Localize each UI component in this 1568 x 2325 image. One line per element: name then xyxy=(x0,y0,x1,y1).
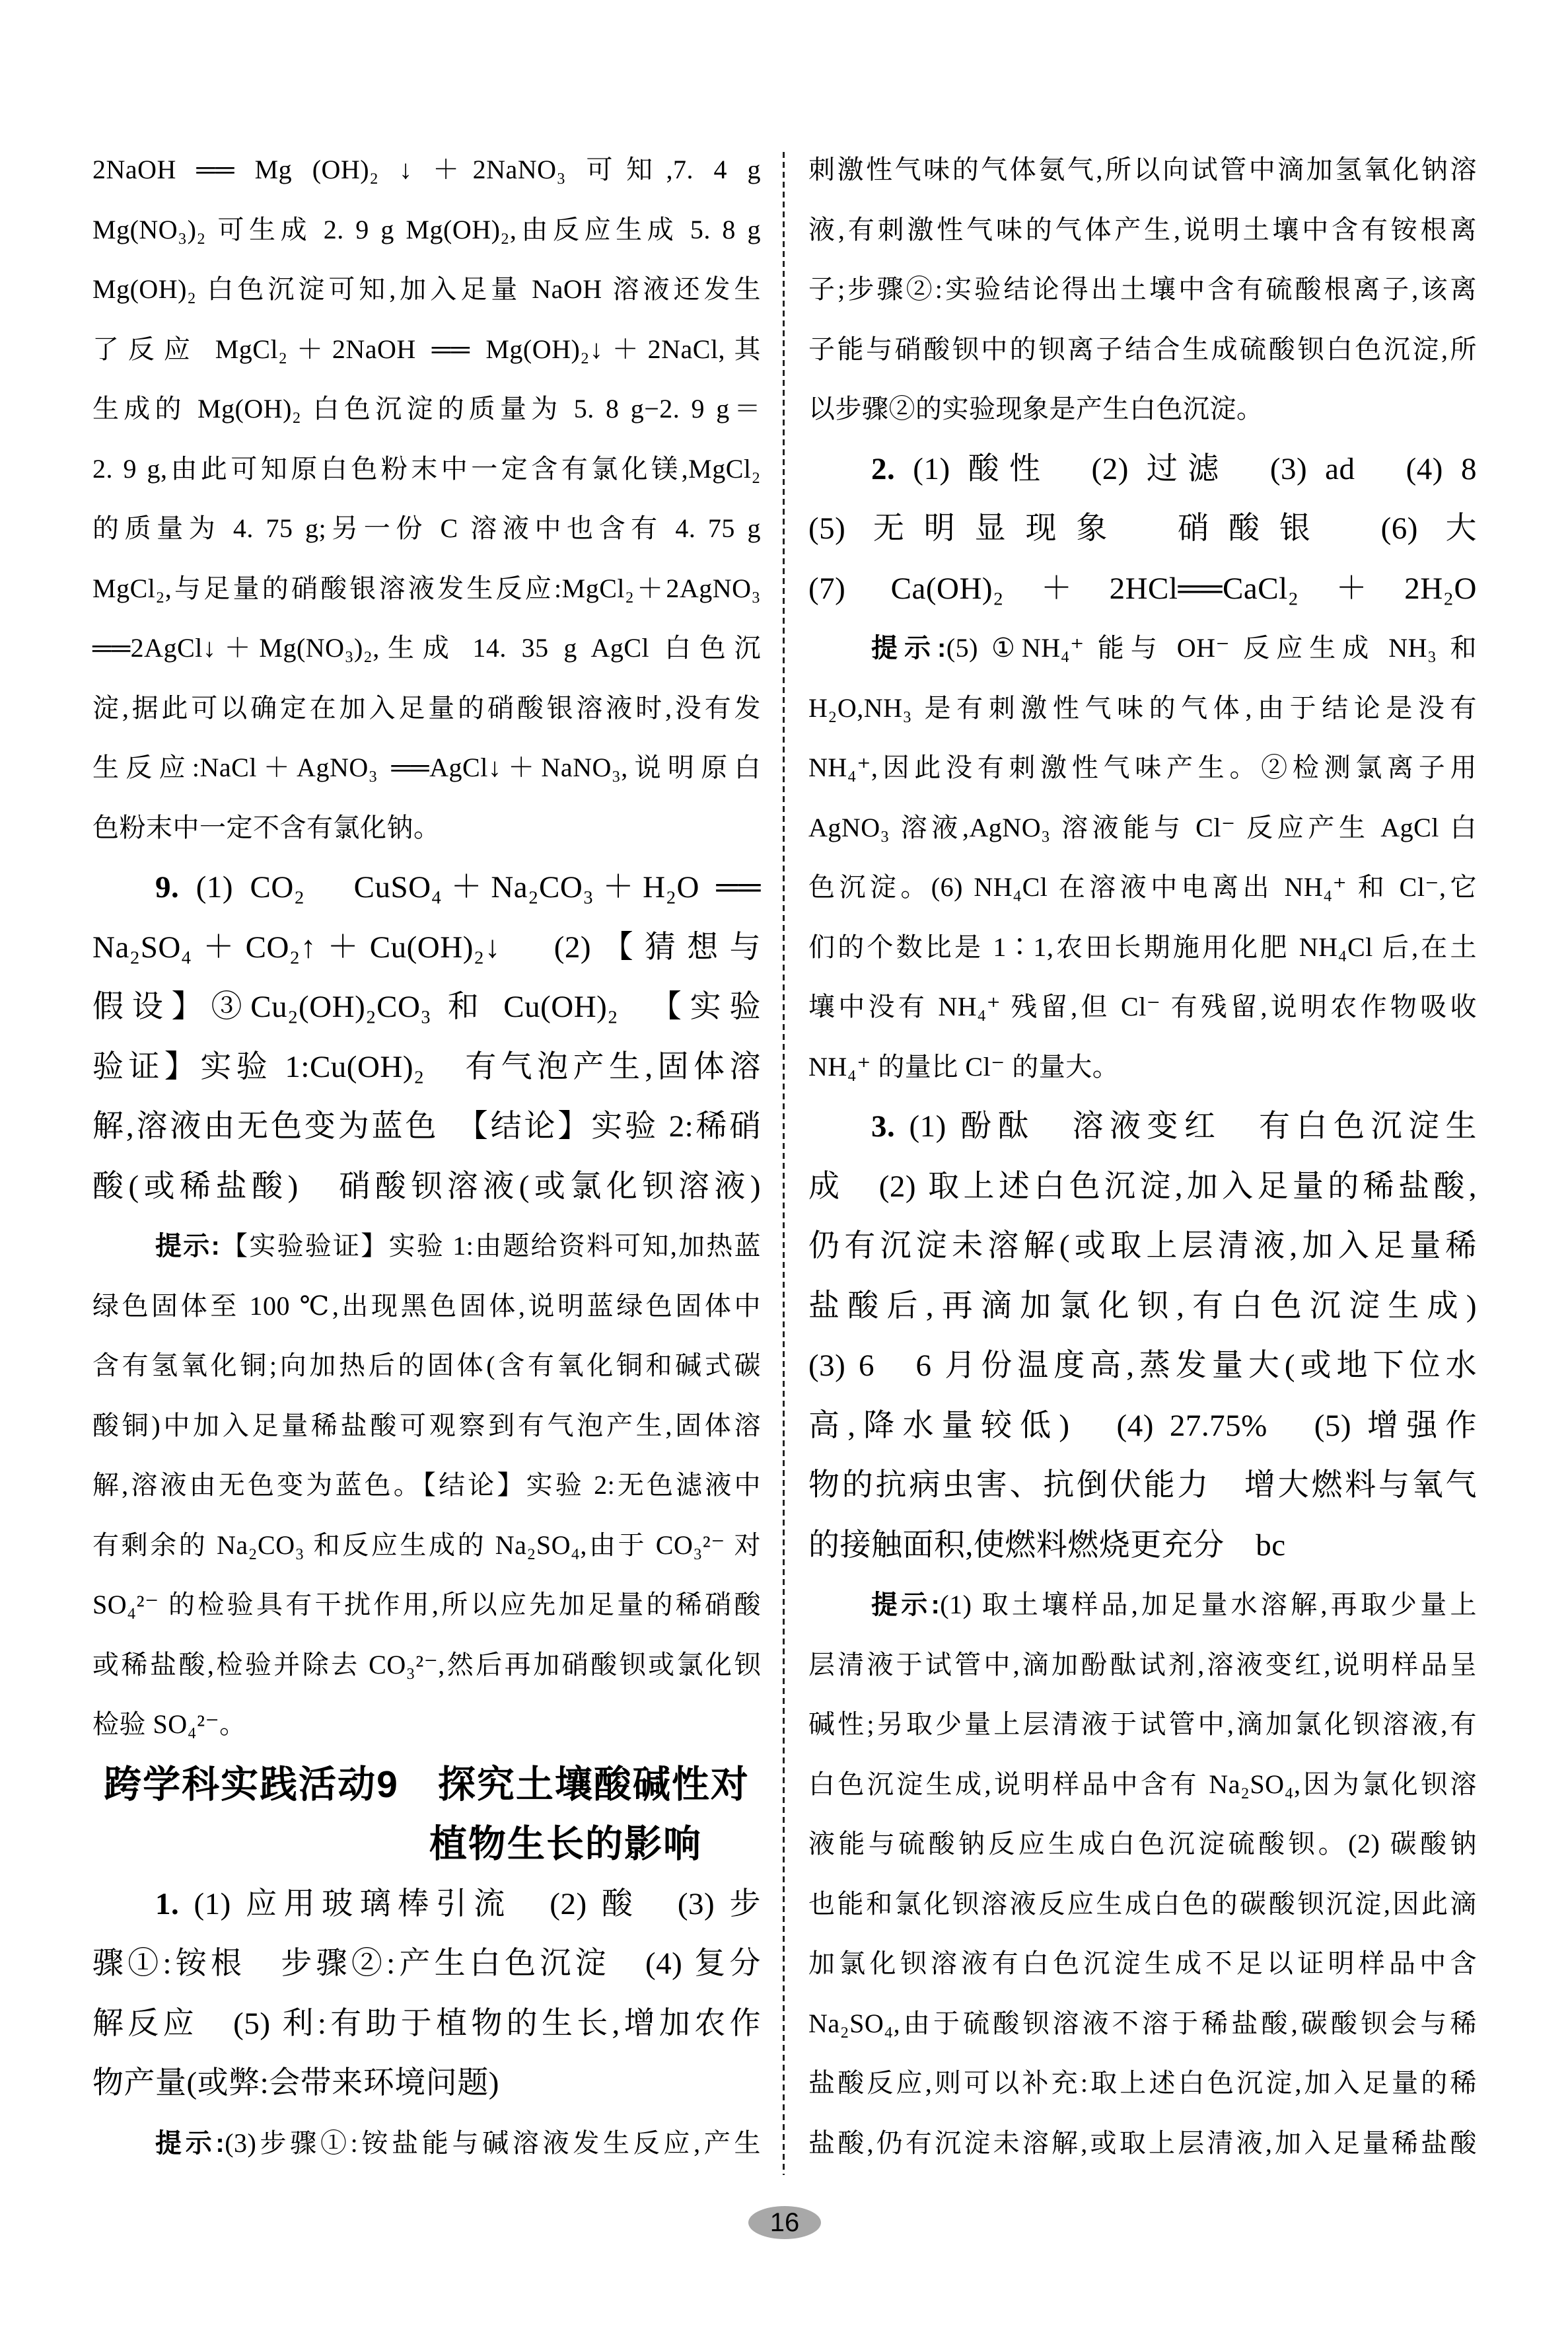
text-line: 的接触面积,使燃料燃烧更充分 bc xyxy=(808,1516,1477,1576)
text-line: 高,降水量较低) (4) 27.75% (5) 增强作 xyxy=(808,1396,1477,1456)
line-lead-label: 1. xyxy=(155,1887,179,1921)
section-heading-line-2: 植物生长的影响 xyxy=(92,1814,761,1874)
text-line: 成 (2) 取上述白色沉淀,加入足量的稀盐酸, xyxy=(808,1157,1477,1217)
text-line: 酸(或稀盐酸) 硝酸钡溶液(或氯化钡溶液) xyxy=(92,1157,761,1217)
text-line: NH₄⁺ 的量比 Cl⁻ 的量大。 xyxy=(808,1037,1477,1097)
text-line: 检验 SO₄²⁻。 xyxy=(92,1695,761,1755)
text-line: 了反应 MgCl₂＋2NaOH ══ Mg(OH)₂↓＋2NaCl,其 xyxy=(92,320,761,380)
text-line: 或稀盐酸,检验并除去 CO₃²⁻,然后再加硝酸钡或氯化钡 xyxy=(92,1635,761,1695)
text-line: 也能和氯化钡溶液反应生成白色的碳酸钡沉淀,因此滴 xyxy=(808,1874,1477,1935)
text-line: 子;步骤②:实验结论得出土壤中含有硫酸根离子,该离 xyxy=(808,260,1477,320)
text-line: (3) 6 6 月份温度高,蒸发量大(或地下位水 xyxy=(808,1336,1477,1396)
text-line: 液能与硫酸钠反应生成白色沉淀硫酸钡。(2) 碳酸钠 xyxy=(808,1814,1477,1874)
text-line: 2NaOH ══ Mg (OH)₂ ↓ ＋2NaNO₃ 可知,7. 4 g xyxy=(92,140,761,200)
text-line: 淀,据此可以确定在加入足量的硝酸银溶液时,没有发 xyxy=(92,679,761,739)
text-line: 1. (1) 应用玻璃棒引流 (2) 酸 (3) 步 xyxy=(92,1874,761,1935)
text-line: 物的抗病虫害、抗倒伏能力 增大燃料与氧气 xyxy=(808,1456,1477,1516)
text-line: 白色沉淀生成,说明样品中含有 Na₂SO₄,因为氯化钡溶 xyxy=(808,1755,1477,1815)
text-line: H₂O,NH₃ 是有刺激性气味的气体,由于结论是没有 xyxy=(808,679,1477,739)
text-line: 验证】实验 1:Cu(OH)₂ 有气泡产生,固体溶 xyxy=(92,1037,761,1097)
text-line: 提示:【实验验证】实验 1:由题给资料可知,加热蓝 xyxy=(92,1216,761,1276)
text-line: 子能与硝酸钡中的钡离子结合生成硫酸钡白色沉淀,所 xyxy=(808,320,1477,380)
text-line: 层清液于试管中,滴加酚酞试剂,溶液变红,说明样品呈 xyxy=(808,1635,1477,1695)
text-line: NH₄⁺,因此没有刺激性气味产生。②检测氯离子用 xyxy=(808,738,1477,798)
text-line: MgCl₂,与足量的硝酸银溶液发生反应:MgCl₂＋2AgNO₃ xyxy=(92,559,761,619)
line-lead-label: 提示: xyxy=(155,1232,220,1261)
text-line: 物产量(或弊:会带来环境问题) xyxy=(92,2053,761,2114)
text-line: 绿色固体至 100 ℃,出现黑色固体,说明蓝绿色固体中 xyxy=(92,1276,761,1337)
section-heading-line-1: 跨学科实践活动9 探究土壤酸碱性对 xyxy=(92,1755,761,1815)
text-line: 仍有沉淀未溶解(或取上层清液,加入足量稀 xyxy=(808,1216,1477,1276)
text-line: 的质量为 4. 75 g;另一份 C 溶液中也含有 4. 75 g xyxy=(92,499,761,559)
text-line: 们的个数比是 1∶1,农田长期施用化肥 NH₄Cl 后,在土 xyxy=(808,918,1477,978)
left-column: 2NaOH ══ Mg (OH)₂ ↓ ＋2NaNO₃ 可知,7. 4 gMg(… xyxy=(92,140,761,2173)
line-lead-label: 3. xyxy=(871,1109,895,1144)
text-line: 9. (1) CO₂ CuSO₄＋Na₂CO₃＋H₂O ══ xyxy=(92,858,761,918)
text-line: 有剩余的 Na₂CO₃ 和反应生成的 Na₂SO₄,由于 CO₃²⁻ 对 xyxy=(92,1516,761,1576)
text-line: 盐酸反应,则可以补充:取上述白色沉淀,加入足量的稀 xyxy=(808,2053,1477,2114)
text-line: 解,溶液由无色变为蓝色。【结论】实验 2:无色滤液中 xyxy=(92,1456,761,1516)
text-line: (5) 无明显现象 硝酸银 (6) 大 xyxy=(808,499,1477,559)
text-line: 液,有刺激性气味的气体产生,说明土壤中含有铵根离 xyxy=(808,200,1477,260)
text-line: 色沉淀。(6) NH₄Cl 在溶液中电离出 NH₄⁺ 和 Cl⁻,它 xyxy=(808,858,1477,918)
text-line: Na₂SO₄,由于硫酸钡溶液不溶于稀盐酸,碳酸钡会与稀 xyxy=(808,1994,1477,2054)
text-line: Mg(NO₃)₂ 可生成 2. 9 g Mg(OH)₂,由反应生成 5. 8 g xyxy=(92,200,761,260)
text-line: 色粉末中一定不含有氯化钠。 xyxy=(92,798,761,858)
text-line: 加氯化钡溶液有白色沉淀生成不足以证明样品中含 xyxy=(808,1934,1477,1994)
text-line: 骤①:铵根 步骤②:产生白色沉淀 (4) 复分 xyxy=(92,1934,761,1994)
text-line: Na₂SO₄＋CO₂↑＋Cu(OH)₂↓ (2)【猜想与 xyxy=(92,918,761,978)
text-line: 壤中没有 NH₄⁺ 残留,但 Cl⁻ 有残留,说明农作物吸收 xyxy=(808,977,1477,1037)
line-lead-label: 9. xyxy=(155,870,179,904)
text-line: 以步骤②的实验现象是产生白色沉淀。 xyxy=(808,379,1477,439)
text-line: 含有氢氧化铜;向加热后的固体(含有氧化铜和碱式碳 xyxy=(92,1336,761,1396)
text-line: 生成的 Mg(OH)₂ 白色沉淀的质量为 5. 8 g−2. 9 g＝ xyxy=(92,379,761,439)
line-lead-label: 提示: xyxy=(871,634,946,663)
text-line: 解反应 (5) 利:有助于植物的生长,增加农作 xyxy=(92,1994,761,2054)
line-lead-label: 2. xyxy=(871,452,895,486)
right-column: 刺激性气味的气体氨气,所以向试管中滴加氢氧化钠溶液,有刺激性气味的气体产生,说明… xyxy=(808,140,1477,2173)
text-line: 提示:(3)步骤①:铵盐能与碱溶液发生反应,产生 xyxy=(92,2114,761,2174)
text-line: 解,溶液由无色变为蓝色 【结论】实验 2:稀硝 xyxy=(92,1097,761,1157)
text-line: 生反应:NaCl＋AgNO₃ ══AgCl↓＋NaNO₃,说明原白 xyxy=(92,738,761,798)
text-line: 提示:(1) 取土壤样品,加足量水溶解,再取少量上 xyxy=(808,1575,1477,1635)
line-lead-label: 提示: xyxy=(155,2129,225,2158)
text-line: (7) Ca(OH)₂＋2HCl══CaCl₂＋2H₂O xyxy=(808,559,1477,619)
text-line: 酸铜)中加入足量稀盐酸可观察到有气泡产生,固体溶 xyxy=(92,1396,761,1456)
text-line: 3. (1) 酚酞 溶液变红 有白色沉淀生 xyxy=(808,1097,1477,1157)
page-number-badge: 16 xyxy=(748,2206,821,2239)
text-line: 2. 9 g,由此可知原白色粉末中一定含有氯化镁,MgCl₂ xyxy=(92,439,761,499)
text-line: SO₄²⁻ 的检验具有干扰作用,所以应先加足量的稀硝酸 xyxy=(92,1575,761,1635)
text-line: 假设】③Cu₂(OH)₂CO₃ 和 Cu(OH)₂ 【实验 xyxy=(92,977,761,1037)
text-line: 盐酸后,再滴加氯化钡,有白色沉淀生成) xyxy=(808,1276,1477,1337)
text-line: ══2AgCl↓＋Mg(NO₃)₂,生成 14. 35 g AgCl 白色沉 xyxy=(92,618,761,679)
page-number: 16 xyxy=(770,2208,800,2237)
text-line: 刺激性气味的气体氨气,所以向试管中滴加氢氧化钠溶 xyxy=(808,140,1477,200)
text-line: 碱性;另取少量上层清液于试管中,滴加氯化钡溶液,有 xyxy=(808,1695,1477,1755)
line-lead-label: 提示: xyxy=(871,1590,940,1619)
text-line: 2. (1) 酸性 (2) 过滤 (3) ad (4) 8 xyxy=(808,439,1477,499)
text-line: 盐酸,仍有沉淀未溶解,或取上层清液,加入足量稀盐酸 xyxy=(808,2114,1477,2174)
column-divider xyxy=(783,152,785,2175)
text-line: 提示:(5) ①NH₄⁺ 能与 OH⁻ 反应生成 NH₃ 和 xyxy=(808,618,1477,679)
text-line: Mg(OH)₂ 白色沉淀可知,加入足量 NaOH 溶液还发生 xyxy=(92,260,761,320)
text-line: AgNO₃ 溶液,AgNO₃ 溶液能与 Cl⁻ 反应产生 AgCl 白 xyxy=(808,798,1477,858)
